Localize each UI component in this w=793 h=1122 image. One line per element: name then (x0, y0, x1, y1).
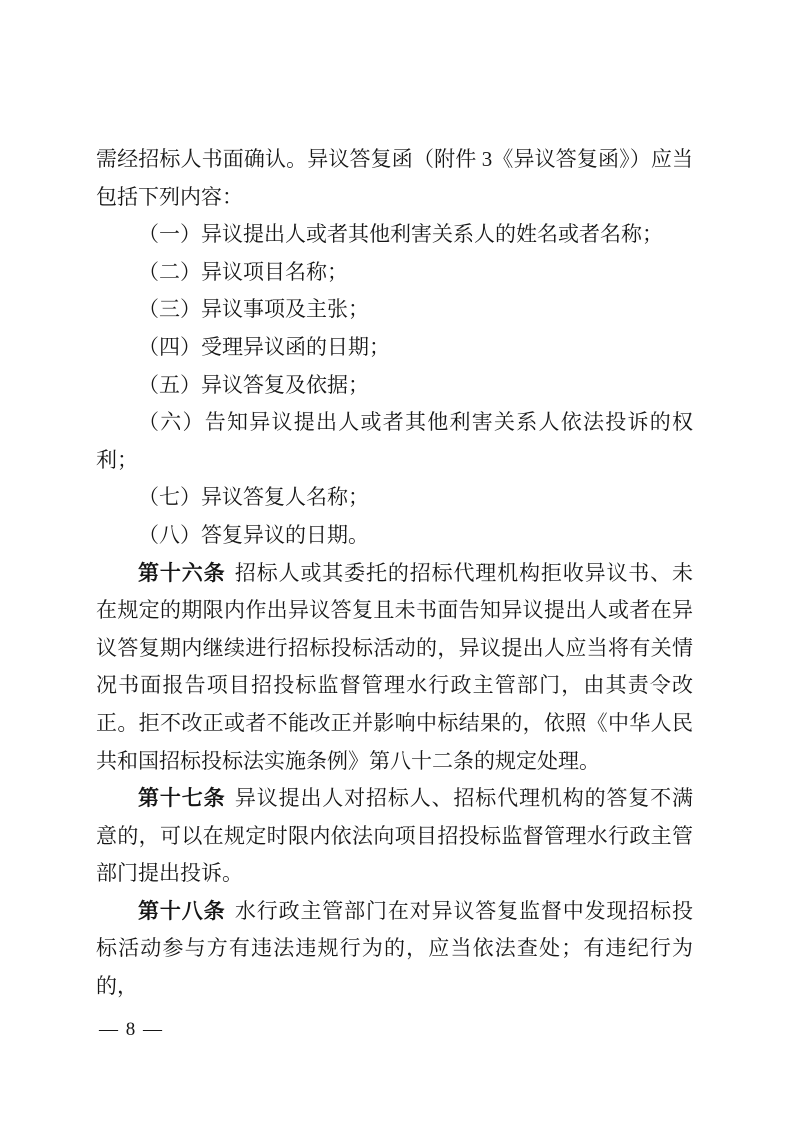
paragraph: （三）异议事项及主张； (96, 291, 693, 329)
article-paragraph: 第十六条招标人或其委托的招标代理机构拒收异议书、未在规定的期限内作出异议答复且未… (96, 555, 693, 781)
paragraph: （八）答复异议的日期。 (96, 517, 693, 555)
paragraph: （七）异议答复人名称； (96, 479, 693, 517)
article-number: 第十八条 (138, 900, 225, 923)
paragraph: 需经招标人书面确认。异议答复函（附件 3《异议答复函》）应当包括下列内容： (96, 141, 693, 216)
paragraph: （二）异议项目名称； (96, 254, 693, 292)
page-footer: — 8 — (99, 1018, 162, 1042)
article-paragraph: 第十八条水行政主管部门在对异议答复监督中发现招标投标活动参与方有违法违规行为的，… (96, 893, 693, 1006)
page-number: — 8 — (99, 1019, 162, 1040)
document-body: 需经招标人书面确认。异议答复函（附件 3《异议答复函》）应当包括下列内容：（一）… (96, 141, 693, 1006)
article-paragraph: 第十七条异议提出人对招标人、招标代理机构的答复不满意的，可以在规定时限内依法向项… (96, 780, 693, 893)
article-number: 第十七条 (138, 787, 225, 810)
document-page: 需经招标人书面确认。异议答复函（附件 3《异议答复函》）应当包括下列内容：（一）… (0, 0, 793, 1122)
paragraph: （六）告知异议提出人或者其他利害关系人依法投诉的权利； (96, 404, 693, 479)
paragraph: （一）异议提出人或者其他利害关系人的姓名或者名称； (96, 216, 693, 254)
paragraph: （五）异议答复及依据； (96, 367, 693, 405)
article-number: 第十六条 (138, 562, 225, 585)
paragraph: （四）受理异议函的日期； (96, 329, 693, 367)
